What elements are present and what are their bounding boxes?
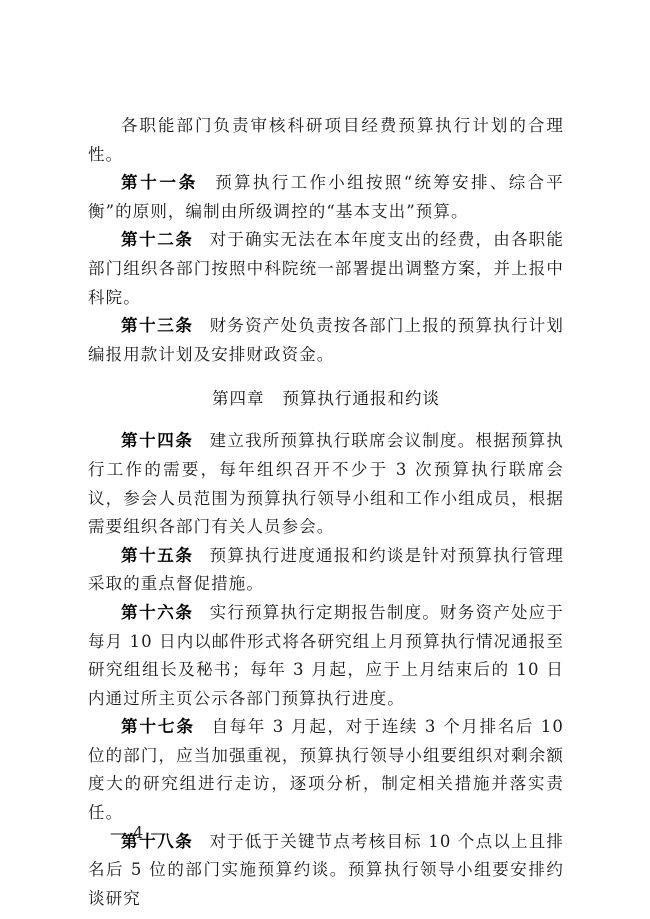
article-11: 第十一条预算执行工作小组按照“统筹安排、综合平衡”的原则，编制由所级调控的“基本… xyxy=(88,169,564,226)
article-label: 第十七条 xyxy=(121,717,195,736)
article-label: 第十五条 xyxy=(121,546,194,565)
chapter-title: 预算执行通报和约谈 xyxy=(283,389,441,408)
article-label: 第十三条 xyxy=(121,316,194,335)
article-label: 第十六条 xyxy=(121,603,194,622)
article-12: 第十二条对于确实无法在本年度支出的经费，由各职能部门组织各部门按照中科院统一部署… xyxy=(88,226,564,312)
page-number: — 4 — xyxy=(110,823,167,842)
article-14: 第十四条建立我所预算执行联席会议制度。根据预算执行工作的需要，每年组织召开不少于… xyxy=(88,427,564,541)
chapter-number: 第四章 xyxy=(212,389,265,408)
chapter-heading: 第四章预算执行通报和约谈 xyxy=(88,386,564,412)
article-label: 第十一条 xyxy=(121,173,198,192)
document-page: 各职能部门负责审核科研项目经费预算执行计划的合理性。 第十一条预算执行工作小组按… xyxy=(88,112,564,913)
article-13: 第十三条财务资产处负责按各部门上报的预算执行计划编报用款计划及安排财政资金。 xyxy=(88,312,564,369)
article-17: 第十七条自每年 3 月起，对于连续 3 个月排名后 10 位的部门，应当加强重视… xyxy=(88,713,564,827)
article-15: 第十五条预算执行进度通报和约谈是针对预算执行管理采取的重点督促措施。 xyxy=(88,542,564,599)
article-16: 第十六条实行预算执行定期报告制度。财务资产处应于每月 10 日内以邮件形式将各研… xyxy=(88,599,564,713)
article-label: 第十二条 xyxy=(121,230,194,249)
article-label: 第十四条 xyxy=(121,431,194,450)
opening-paragraph: 各职能部门负责审核科研项目经费预算执行计划的合理性。 xyxy=(88,112,564,169)
